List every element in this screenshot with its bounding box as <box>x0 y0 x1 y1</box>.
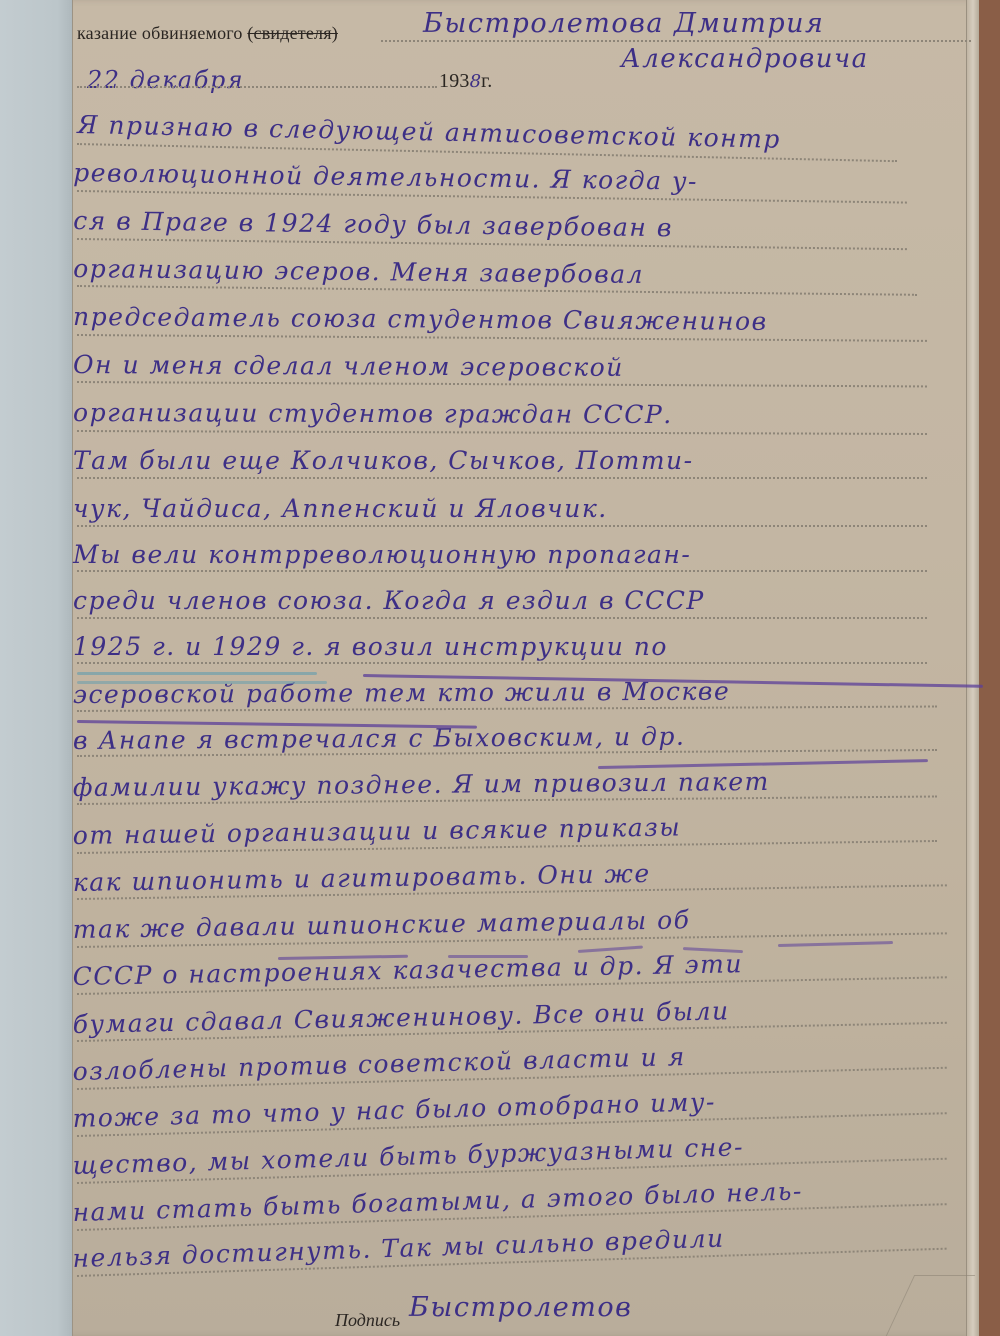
handwritten-line: Он и меня сделал членом эсеровской <box>73 350 624 382</box>
signature-handwritten: Быстролетов <box>409 1292 632 1323</box>
ruled-line <box>77 381 927 387</box>
year-suffix: г. <box>481 70 492 92</box>
name-fill-line <box>381 40 971 42</box>
handwritten-line: революционной деятельности. Я когда у- <box>73 158 698 196</box>
handwritten-line: среди членов союза. Когда я ездил в СССР <box>73 586 705 615</box>
ruled-line <box>77 662 927 664</box>
handwritten-line: организации студентов граждан СССР. <box>73 398 673 429</box>
ruled-line <box>77 430 927 435</box>
handwritten-line: председатель союза студентов Свияженинов <box>73 302 768 336</box>
accused-surname: Быстролетова Дмитрия <box>423 8 824 39</box>
violet-pencil-underline <box>778 941 893 947</box>
violet-pencil-underline <box>448 955 528 958</box>
year-handwritten-digit: 8 <box>470 71 481 92</box>
date-handwritten: 22 декабря <box>87 66 244 94</box>
year-printed: 193 <box>439 70 470 92</box>
handwritten-line: Там были еще Колчиков, Сычков, Потти- <box>73 446 694 475</box>
ruled-line <box>77 525 927 527</box>
year-field: 1938г. <box>439 70 492 93</box>
page-corner-fold <box>886 1275 975 1336</box>
blue-pencil-underline <box>77 672 317 675</box>
folder-background <box>978 0 1000 1336</box>
handwritten-line: Мы вели контрреволюционную пропаган- <box>73 540 691 569</box>
witness-struck-label: (свидетеля) <box>247 23 338 43</box>
ruled-line <box>77 334 927 342</box>
accused-patronymic: Александровича <box>621 44 869 74</box>
signature-label: Подпись <box>335 1310 400 1331</box>
date-fill-line <box>77 86 437 88</box>
handwritten-line: фамилии укажу позднее. Я им привозил пак… <box>73 767 770 802</box>
handwritten-line: озлоблены против советской власти и я <box>72 1042 686 1086</box>
adjacent-page <box>0 0 72 1336</box>
ruled-line <box>77 570 927 572</box>
handwritten-line: организацию эсеров. Меня завербовал <box>73 254 644 289</box>
testimony-of-accused-label: казание обвиняемого <box>77 23 243 43</box>
ruled-line <box>77 617 927 619</box>
protocol-page: казание обвиняемого (свидетеля) Быстроле… <box>72 0 979 1336</box>
handwritten-line: ся в Праге в 1924 году был завербован в <box>73 206 673 242</box>
ruled-line <box>77 477 927 479</box>
handwritten-line: чук, Чайдиса, Аппенский и Яловчик. <box>73 494 608 523</box>
page-edge <box>966 0 979 1336</box>
blue-pencil-underline <box>77 681 327 684</box>
printed-header-label: казание обвиняемого (свидетеля) <box>77 23 338 44</box>
handwritten-line: 1925 г. и 1929 г. я возил инструкции по <box>73 632 668 661</box>
